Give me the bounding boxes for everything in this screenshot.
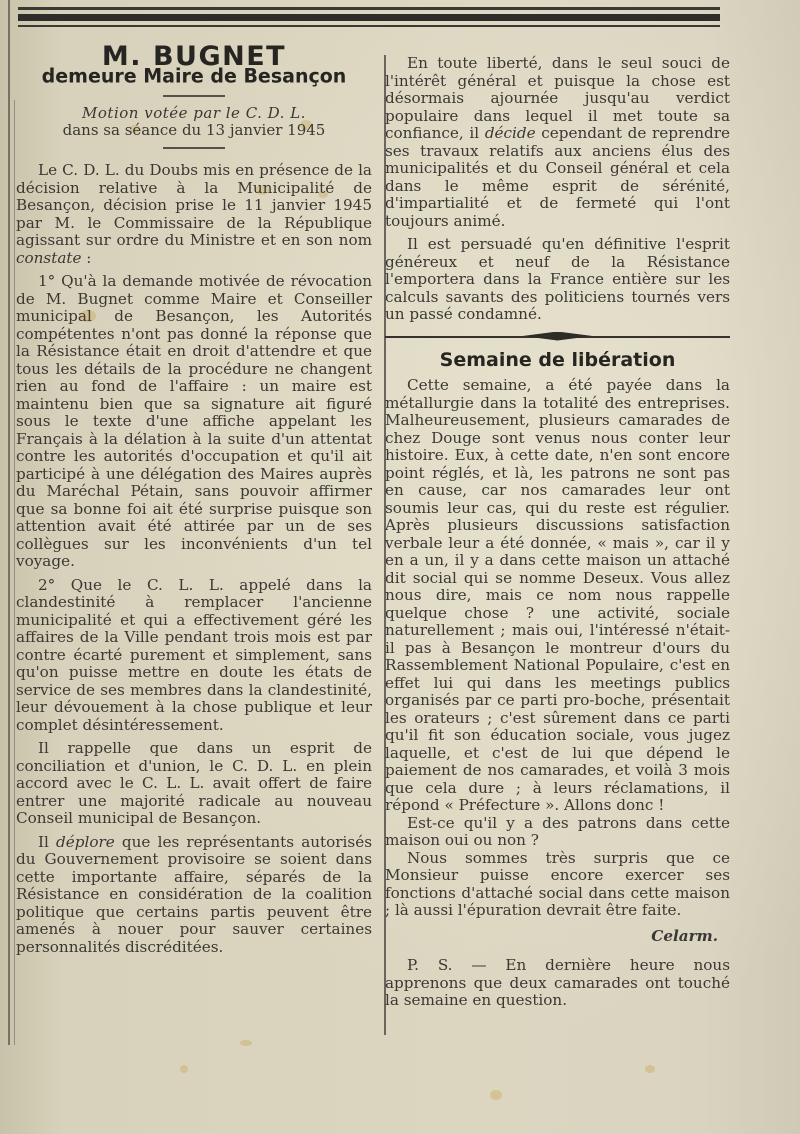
article-title: M. BUGNET (16, 48, 372, 66)
section-title: Semaine de libération (385, 352, 730, 370)
intro-paragraph: Le C. D. L. du Doubs mis en présence de … (16, 162, 372, 267)
persuade-paragraph: Il est persuadé qu'en définitive l'espri… (385, 236, 730, 324)
title-rule (163, 95, 225, 97)
body-paragraph-1: Cette semaine, a été payée dans la métal… (385, 377, 730, 815)
paper-stain (180, 1065, 188, 1073)
column-border-left (14, 100, 15, 1045)
newspaper-page: M. BUGNET demeure Maire de Besançon Moti… (0, 0, 800, 1134)
body-paragraph-3: Nous sommes très surpris que ce Monsieur… (385, 850, 730, 920)
author-signature: Celarm. (385, 928, 718, 946)
point-1-paragraph: 1° Qu'à la demande motivée de révocation… (16, 273, 372, 571)
masthead-rule (18, 7, 720, 27)
motion-line-1: Motion votée par le C. D. L. (16, 105, 372, 122)
paper-stain (240, 1040, 252, 1046)
right-column: En toute liberté, dans le seul souci de … (385, 55, 730, 1010)
article-subtitle: demeure Maire de Besançon (16, 67, 372, 85)
body-paragraph-2: Est-ce qu'il y a des patrons dans cette … (385, 815, 730, 850)
motion-line-2: dans sa séance du 13 janvier 1945 (16, 122, 372, 139)
article-separator (385, 332, 730, 342)
liberte-paragraph: En toute liberté, dans le seul souci de … (385, 55, 730, 230)
paper-stain (645, 1065, 655, 1073)
page-edge-rule (8, 0, 10, 1045)
point-2-paragraph: 2° Que le C. L. L. appelé dans la clande… (16, 577, 372, 735)
deplore-paragraph: Il déplore que les représentants autoris… (16, 834, 372, 957)
rappelle-paragraph: Il rappelle que dans un esprit de concil… (16, 740, 372, 828)
motion-caption: Motion votée par le C. D. L. dans sa séa… (16, 105, 372, 139)
postscript: P. S. — En dernière heure nous apprenons… (385, 957, 730, 1010)
left-column: M. BUGNET demeure Maire de Besançon Moti… (16, 42, 372, 956)
paper-stain (490, 1090, 502, 1100)
